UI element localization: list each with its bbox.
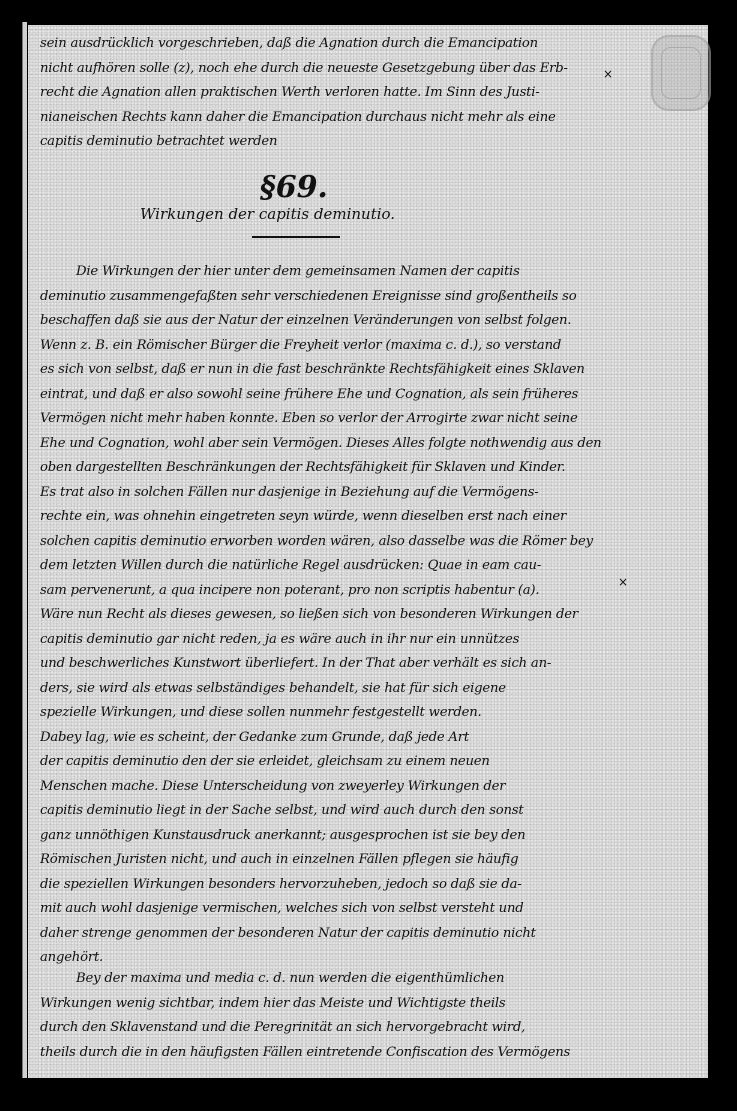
text-line: Die Wirkungen der hier unter dem gemeins… [40, 260, 630, 285]
text-line: spezielle Wirkungen, und diese sollen nu… [40, 701, 630, 726]
text-line: dem letzten Willen durch die natürliche … [40, 554, 630, 579]
margin-cross-mark: × [603, 67, 613, 81]
text-line: capitis deminutio betrachtet werden [40, 130, 630, 155]
text-line: Vermögen nicht mehr haben konnte. Eben s… [40, 407, 630, 432]
text-line: nianeischen Rechts kann daher die Emanci… [40, 106, 630, 131]
body-paragraph-1: Die Wirkungen der hier unter dem gemeins… [40, 260, 630, 971]
text-line: Menschen mache. Diese Unterscheidung von… [40, 775, 630, 800]
text-line: daher strenge genommen der besonderen Na… [40, 922, 630, 947]
text-line: durch den Sklavenstand und die Peregrini… [40, 1016, 630, 1041]
text-line: beschaffen daß sie aus der Natur der ein… [40, 309, 630, 334]
text-line: es sich von selbst, daß er nun in die fa… [40, 358, 630, 383]
text-line: ganz unnöthigen Kunstausdruck anerkannt;… [40, 824, 630, 849]
text-line: nicht aufhören solle (z), noch ehe durch… [40, 57, 630, 82]
section-title: Wirkungen der capitis deminutio. [140, 205, 395, 223]
text-line: capitis deminutio gar nicht reden, ja es… [40, 628, 630, 653]
text-line: capitis deminutio liegt in der Sache sel… [40, 799, 630, 824]
text-line: Bey der maxima und media c. d. nun werde… [40, 967, 630, 992]
text-line: theils durch die in den häufigsten Fälle… [40, 1041, 630, 1066]
text-line: Wirkungen wenig sichtbar, indem hier das… [40, 992, 630, 1017]
top-text-block: sein ausdrücklich vorgeschrieben, daß di… [40, 32, 630, 155]
body-paragraph-2: Bey der maxima und media c. d. nun werde… [40, 967, 630, 1065]
text-line: Es trat also in solchen Fällen nur dasje… [40, 481, 630, 506]
text-line: mit auch wohl dasjenige vermischen, welc… [40, 897, 630, 922]
text-line: recht die Agnation allen praktischen Wer… [40, 81, 630, 106]
page-edge [22, 22, 27, 1078]
text-line: sam pervenerunt, a qua incipere non pote… [40, 579, 630, 604]
text-line: Römischen Juristen nicht, und auch in ei… [40, 848, 630, 873]
section-number: §69. [260, 170, 328, 205]
text-line: eintrat, und daß er also sowohl seine fr… [40, 383, 630, 408]
text-line: Ehe und Cognation, wohl aber sein Vermög… [40, 432, 630, 457]
text-line: deminutio zusammengefaßten sehr verschie… [40, 285, 630, 310]
text-line: sein ausdrücklich vorgeschrieben, daß di… [40, 32, 630, 57]
text-line: solchen capitis deminutio erworben worde… [40, 530, 630, 555]
text-line: Dabey lag, wie es scheint, der Gedanke z… [40, 726, 630, 751]
text-line: ders, sie wird als etwas selbständiges b… [40, 677, 630, 702]
text-line: Wenn z. B. ein Römischer Bürger die Frey… [40, 334, 630, 359]
text-line: der capitis deminutio den der sie erleid… [40, 750, 630, 775]
margin-cross-mark: × [618, 575, 628, 589]
text-line: und beschwerliches Kunstwort überliefert… [40, 652, 630, 677]
text-line: rechte ein, was ohnehin eingetreten seyn… [40, 505, 630, 530]
text-line: die speziellen Wirkungen besonders hervo… [40, 873, 630, 898]
library-stamp-icon [651, 35, 711, 111]
text-line: Wäre nun Recht als dieses gewesen, so li… [40, 603, 630, 628]
title-underline [252, 236, 340, 238]
text-line: oben dargestellten Beschränkungen der Re… [40, 456, 630, 481]
